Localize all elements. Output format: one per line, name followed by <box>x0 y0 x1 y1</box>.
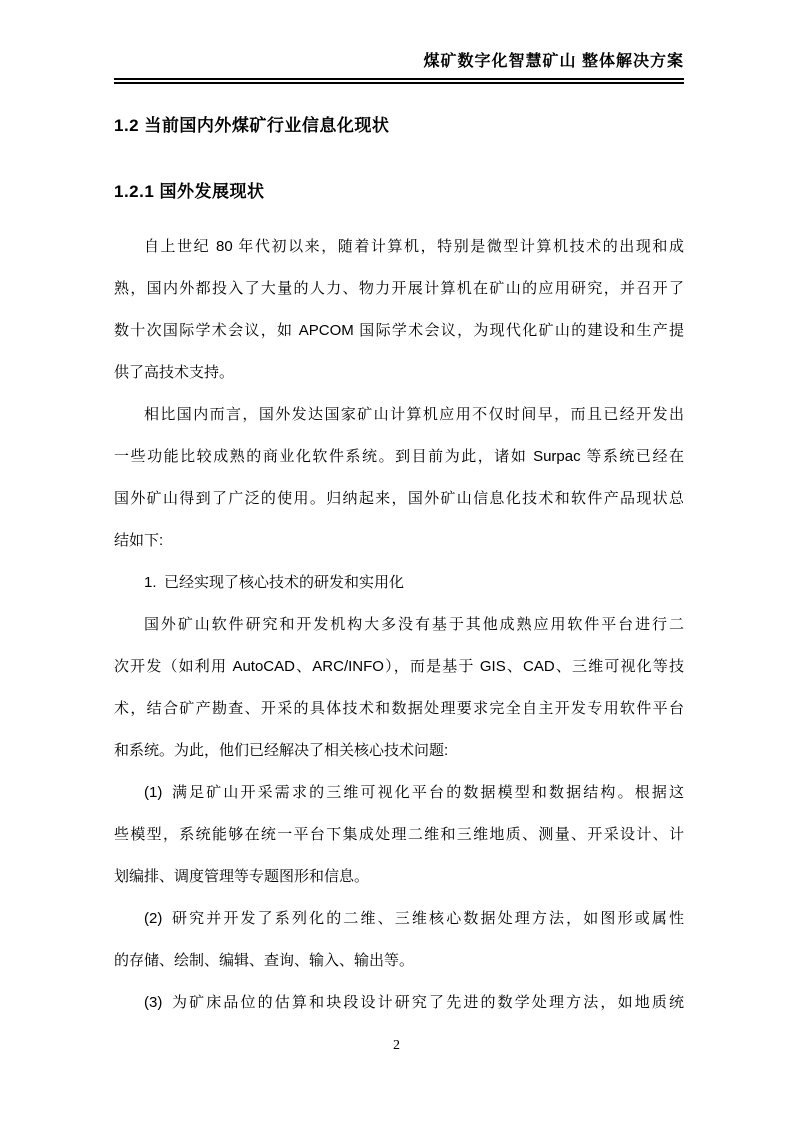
text-line: 国外矿山软件研究和开发机构大多没有基于其他成熟应用软件平台进行二 <box>114 604 684 646</box>
subsection-heading: 1.2.1 国外发展现状 <box>114 180 265 204</box>
text-line: 和系统。为此，他们已经解决了相关核心技术问题: <box>114 730 684 772</box>
text-line: 的存储、绘制、编辑、查询、输入、输出等。 <box>114 940 684 982</box>
text-line: (1) 满足矿山开采需求的三维可视化平台的数据模型和数据结构。根据这 <box>114 772 684 814</box>
text-line: 供了高技术支持。 <box>114 352 684 394</box>
text-line: 一些功能比较成熟的商业化软件系统。到目前为此，诸如 Surpac 等系统已经在 <box>114 436 684 478</box>
text-line: 数十次国际学术会议，如 APCOM 国际学术会议，为现代化矿山的建设和生产提 <box>114 310 684 352</box>
document-page: 煤矿数字化智慧矿山 整体解决方案 1.2 当前国内外煤矿行业信息化现状 1.2.… <box>0 0 793 1122</box>
text-line: 次开发（如利用 AutoCAD、ARC/INFO），而是基于 GIS、CAD、三… <box>114 646 684 688</box>
text-line: 些模型，系统能够在统一平台下集成处理二维和三维地质、测量、开采设计、计 <box>114 814 684 856</box>
page-number: 2 <box>393 1038 400 1053</box>
text-line: 自上世纪 80 年代初以来，随着计算机，特别是微型计算机技术的出现和成 <box>114 226 684 268</box>
header-title: 煤矿数字化智慧矿山 整体解决方案 <box>114 52 684 72</box>
text-line: 结如下: <box>114 520 684 562</box>
text-line: 术，结合矿产勘查、开采的具体技术和数据处理要求完全自主开发专用软件平台 <box>114 688 684 730</box>
page-header: 煤矿数字化智慧矿山 整体解决方案 <box>114 52 684 84</box>
list-item-line: 1. 已经实现了核心技术的研发和实用化 <box>114 562 684 604</box>
text-line: (2) 研究并开发了系列化的二维、三维核心数据处理方法，如图形或属性 <box>114 898 684 940</box>
page-footer: 2 <box>0 1038 793 1054</box>
text-line: (3) 为矿床品位的估算和块段设计研究了先进的数学处理方法，如地质统 <box>114 982 684 1024</box>
text-line: 国外矿山得到了广泛的使用。归纳起来，国外矿山信息化技术和软件产品现状总 <box>114 478 684 520</box>
header-rule <box>114 78 684 84</box>
body-text: 自上世纪 80 年代初以来，随着计算机，特别是微型计算机技术的出现和成 熟，国内… <box>114 226 684 1024</box>
text-line: 熟，国内外都投入了大量的人力、物力开展计算机在矿山的应用研究，并召开了 <box>114 268 684 310</box>
text-line: 划编排、调度管理等专题图形和信息。 <box>114 856 684 898</box>
text-line: 相比国内而言，国外发达国家矿山计算机应用不仅时间早，而且已经开发出 <box>114 394 684 436</box>
section-heading: 1.2 当前国内外煤矿行业信息化现状 <box>114 114 389 138</box>
